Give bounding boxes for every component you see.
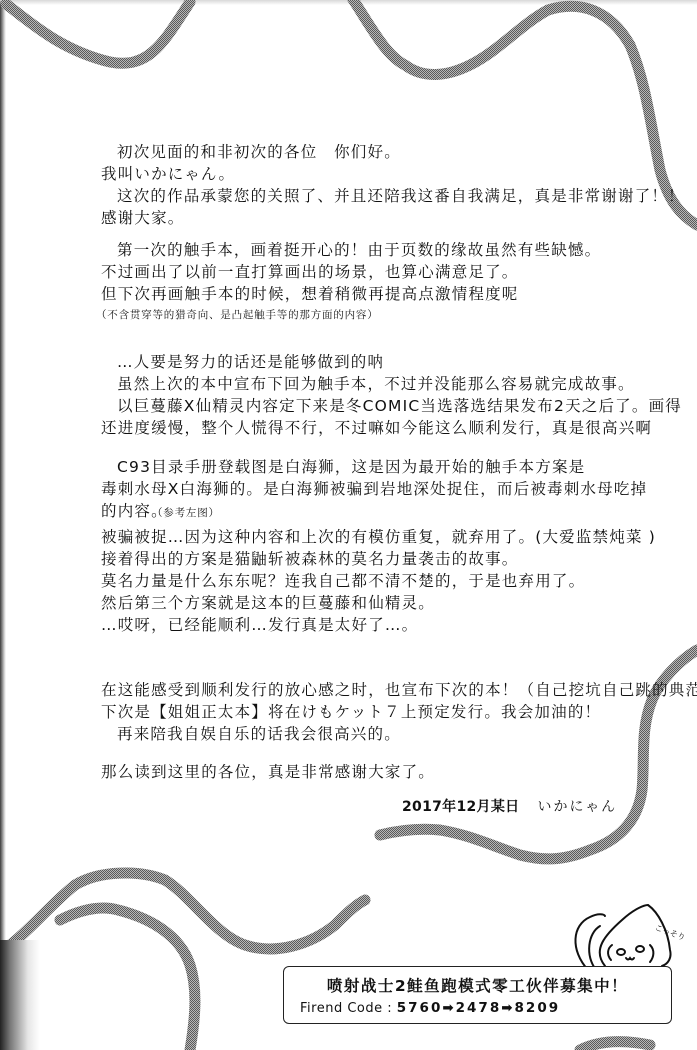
friend-code: Firend Code : 5760➡2478➡8209	[300, 1000, 560, 1016]
squid-mascot-icon	[0, 0, 697, 1050]
friend-code-label: Firend Code :	[300, 1001, 392, 1016]
recruitment-banner: 喷射战士2鲑鱼跑模式零工伙伴募集中！ Firend Code : 5760➡24…	[283, 966, 672, 1024]
banner-title: 喷射战士2鲑鱼跑模式零工伙伴募集中！	[284, 974, 671, 996]
friend-code-value: 5760➡2478➡8209	[397, 1000, 560, 1016]
